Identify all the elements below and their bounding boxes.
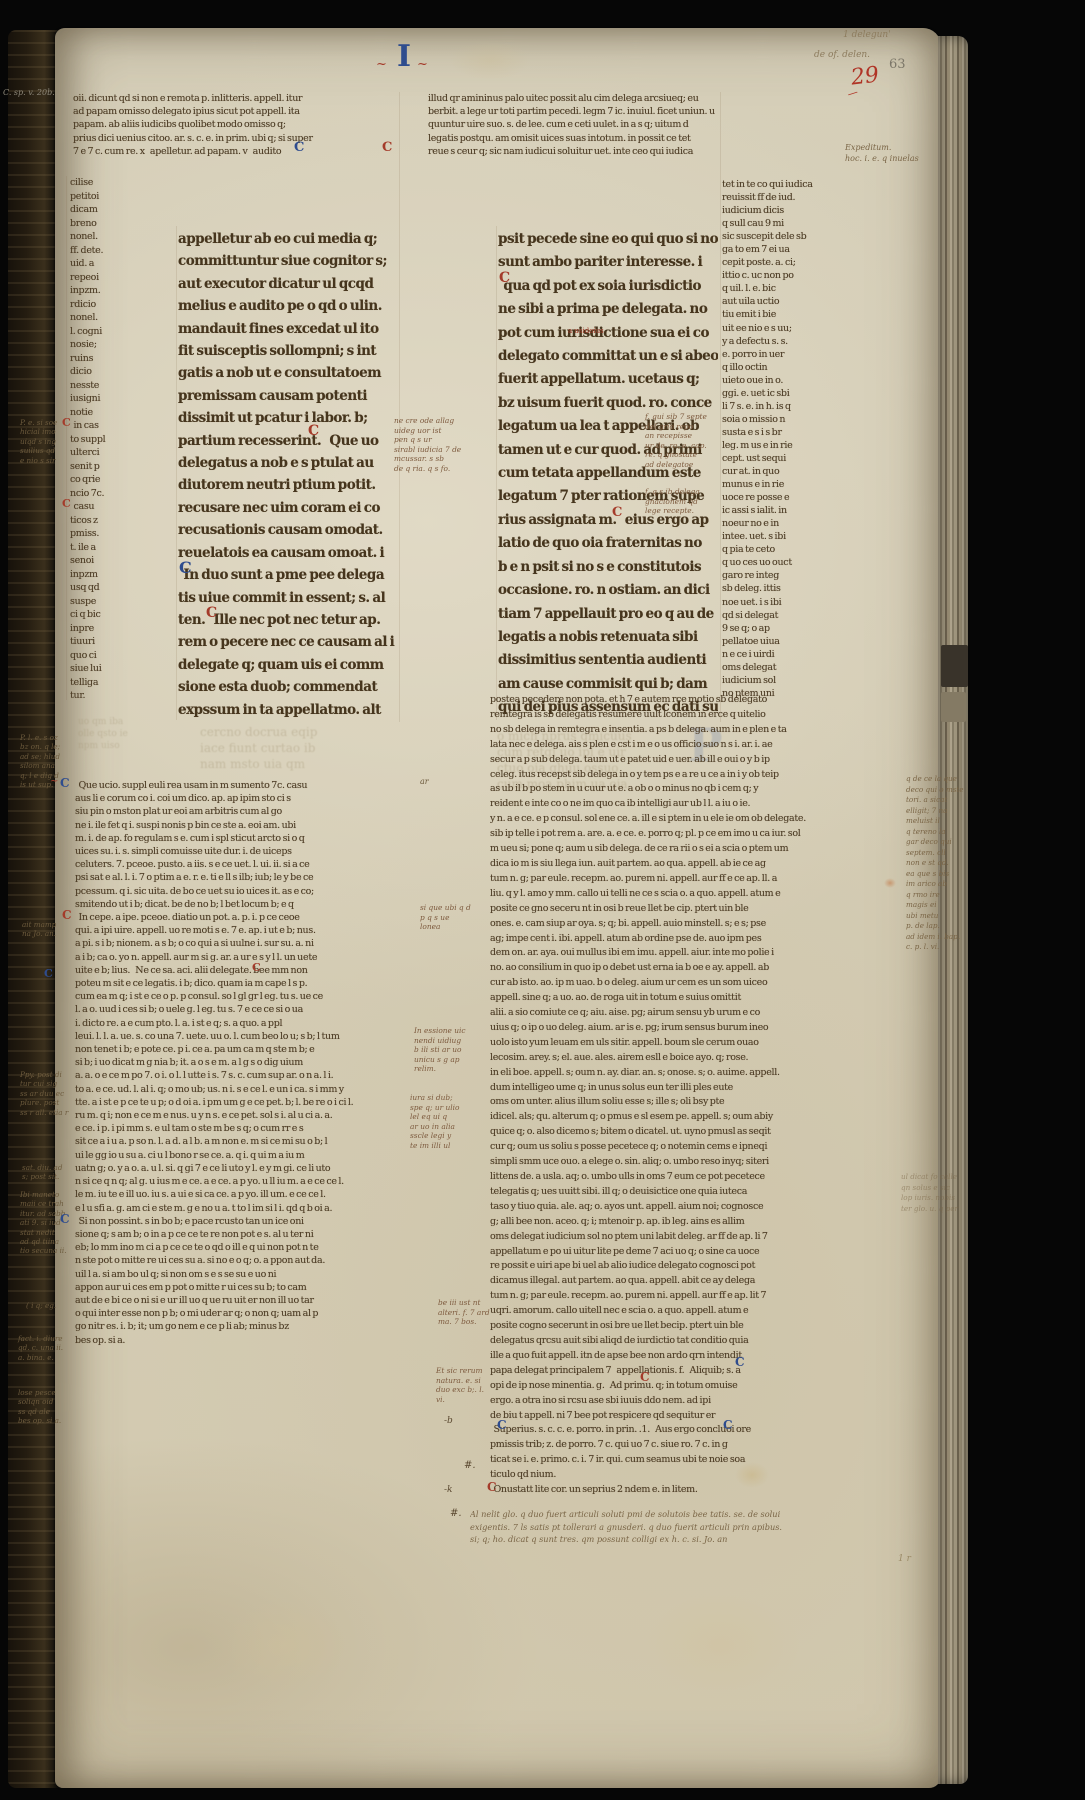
manuscript-photo: cercno docrua eqip iace fiunt curtao ib … xyxy=(0,0,1085,1800)
left-margin-note: P. e. si soe hicial imo uiqd s ing suili… xyxy=(20,418,57,465)
hash-siglum: #. xyxy=(450,1509,462,1519)
left-margin-note: ( i q; eg. xyxy=(26,1301,56,1310)
intercolumn-note: ne cre ode allag uideg uor ist pen q s u… xyxy=(394,416,488,474)
ruling-line xyxy=(496,226,497,720)
red-pilcrow: ~ xyxy=(50,777,58,787)
left-margin-note: lose pesce soliqn oid ss qd ale bes op. … xyxy=(18,1388,61,1426)
fore-edge-tab xyxy=(941,692,966,722)
fore-edge-tab xyxy=(941,645,968,687)
left-gloss-column: cilise petitoi dicam breno nonel. ff. de… xyxy=(70,176,162,703)
ruling-line xyxy=(399,92,400,722)
red-flourish-left: ~ xyxy=(376,58,387,71)
red-pilcrow: C xyxy=(499,271,510,285)
intercolumn-note: f. q s ib delega gnacionem qd lege recep… xyxy=(645,487,731,516)
folio-number-pencil: 63 xyxy=(889,57,906,72)
left-margin-note: ait mamp na Jo. an. xyxy=(22,920,56,939)
blue-pilcrow: C xyxy=(179,560,192,576)
letter-siglum-b: -b xyxy=(444,1417,453,1426)
intercolumn-note: f. qui sib 7 septe del grio repo an rece… xyxy=(645,412,733,470)
intercolumn-note: be iii ust nt alteri. f. 7 ard ma. 7 bos… xyxy=(438,1298,502,1327)
blue-pilcrow: C xyxy=(294,141,304,154)
ruling-line xyxy=(66,176,67,700)
blue-pilcrow: C xyxy=(60,1213,70,1225)
intercolumn-note: iura si dub; spe q; ur ulio lel eq ui q … xyxy=(410,1093,486,1151)
red-interlinear-gloss: a usidoius xyxy=(568,328,604,335)
main-text-column-2: psit pecede sine eo qui quo si no sunt a… xyxy=(498,228,718,720)
verso-show-through: uo qm iba olle qsto ie npm uiso xyxy=(78,716,128,752)
lower-right-gloss-block: postea pecedere non pota. et h 7 e autem… xyxy=(490,693,908,1498)
top-gloss-right-block: illud qr amininus palo uitec possit alu … xyxy=(428,92,796,158)
header-numeral-I: I xyxy=(397,42,411,72)
intercolumn-note: In essione uic nendi uidiug b ili sti ar… xyxy=(414,1026,488,1074)
book-gutter-edge xyxy=(8,30,60,1788)
top-margin-annotation: 1 delegun' xyxy=(843,30,891,40)
blue-pilcrow: C xyxy=(497,1419,507,1431)
intercolumn-note: Et sic rerum natura. e. si duo exc b;. l… xyxy=(436,1366,502,1404)
ruling-line xyxy=(176,226,177,720)
mottling xyxy=(640,1590,800,1700)
ruling-line xyxy=(720,92,721,722)
ar-siglum: ar xyxy=(420,778,429,786)
blue-pilcrow: C xyxy=(735,1356,745,1368)
right-margin-note: ul dicat fo calle qn solus e sic lop iur… xyxy=(901,1172,973,1214)
main-text-column-1: appelletur ab eo cui media q; committunt… xyxy=(178,228,396,721)
red-flourish-right: ~ xyxy=(417,58,428,71)
left-margin-note: sat. diu. ad s; post sit. xyxy=(22,1163,62,1182)
mottling xyxy=(450,40,530,80)
yellow-stain xyxy=(735,1462,769,1488)
top-margin-annotation: de of. delen. xyxy=(814,50,870,60)
verso-show-through: cercno docrua eqip iace fiunt curtao ib … xyxy=(200,724,317,772)
left-margin-note: Ppy. post di tur cui sig ss ar duu ec pl… xyxy=(20,1070,68,1117)
right-margin-note: Expeditum. hoc. i. e. q inuelas xyxy=(845,142,957,164)
right-gloss-column: tet in te co qui iudica reuissit ff de i… xyxy=(722,178,908,700)
pen-trial-mark: 1 r xyxy=(898,1554,911,1564)
red-pilcrow: C xyxy=(62,417,71,428)
red-pilcrow: C xyxy=(308,424,319,438)
letter-siglum-k: -k xyxy=(444,1486,453,1495)
hash-siglum: #. xyxy=(464,1461,476,1471)
right-margin-note: q de ce la que deco qui o mste tori. a s… xyxy=(906,774,964,953)
orange-spot xyxy=(884,878,896,888)
red-pilcrow: C xyxy=(640,1371,650,1383)
red-pilcrow: C xyxy=(612,506,622,519)
bottom-addition-note: Al nelit glo. q duo fuert articuli solut… xyxy=(470,1508,948,1546)
folio-number-red: 29 xyxy=(850,62,881,90)
left-margin-note: fact. i. diure qd. c. una ii. a. bina. e… xyxy=(18,1334,63,1362)
red-pilcrow: C xyxy=(487,1481,497,1493)
shelfmark-label: C. sp. v. 20b. xyxy=(3,88,55,97)
top-gloss-left-block: oii. dicunt qd si non e remota p. inlitt… xyxy=(73,92,397,158)
red-pilcrow: C xyxy=(382,141,392,154)
blue-pilcrow: C xyxy=(723,1419,733,1431)
intercolumn-note: si que ubi q d p q s ue lonea xyxy=(420,903,490,932)
red-pilcrow: C xyxy=(206,606,217,620)
lower-left-gloss-block: Que ucio. suppl euli rea usam in m sumen… xyxy=(75,779,419,1347)
red-pilcrow: C xyxy=(62,909,72,921)
red-pilcrow: C xyxy=(252,962,261,973)
red-pilcrow: C xyxy=(62,498,71,509)
blue-pilcrow: C xyxy=(60,777,70,789)
blue-pilcrow: C xyxy=(44,968,53,979)
mottling xyxy=(220,1600,350,1690)
